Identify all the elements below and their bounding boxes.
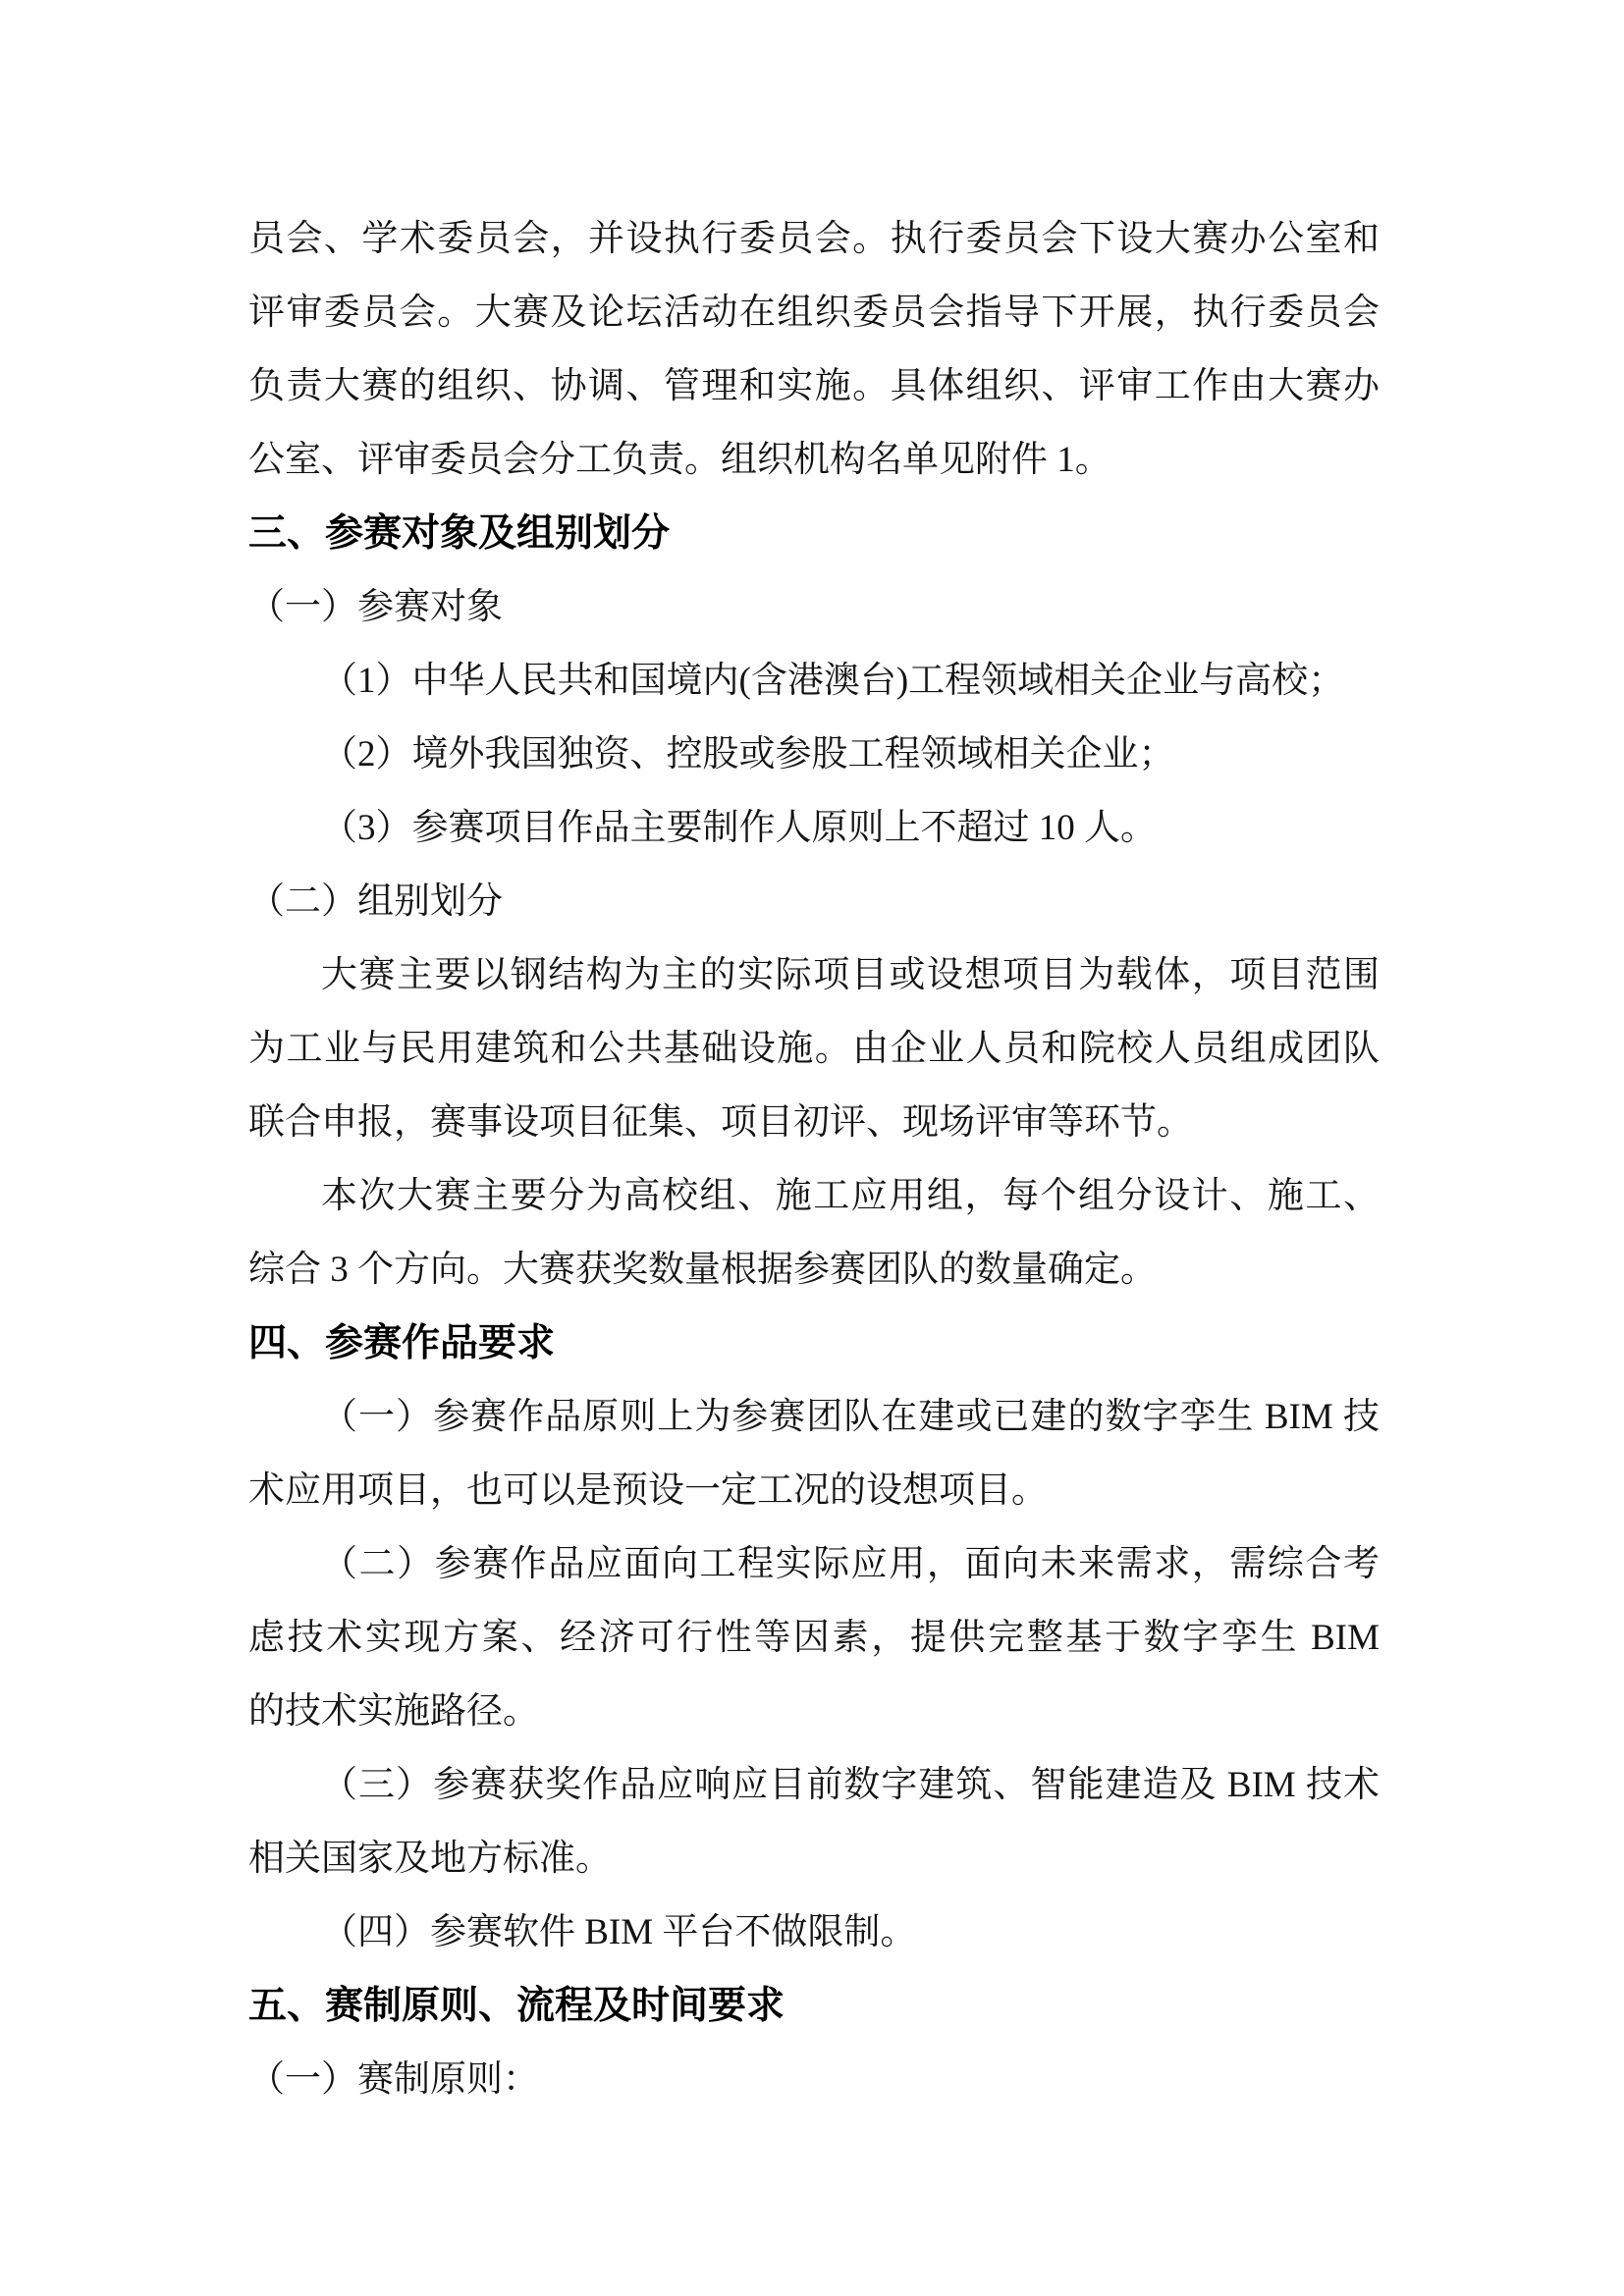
document-line: 术应用项目，也可以是预设一定工况的设想项目。 (248, 1454, 1380, 1527)
document-line: 相关国家及地方标准。 (248, 1822, 1380, 1896)
document-line: 员会、学术委员会，并设执行委员会。执行委员会下设大赛办公室和 (248, 202, 1380, 276)
subsection-label: （一）赛制原则： (248, 2043, 1380, 2116)
document-line: （四）参赛软件 BIM 平台不做限制。 (248, 1896, 1380, 1969)
document-line: （二）参赛作品应面向工程实际应用，面向未来需求，需综合考 (248, 1527, 1380, 1601)
document-line: 负责大赛的组织、协调、管理和实施。具体组织、评审工作由大赛办 (248, 349, 1380, 423)
list-item: （2）境外我国独资、控股或参股工程领域相关企业； (248, 718, 1380, 791)
document-line: 本次大赛主要分为高校组、施工应用组，每个组分设计、施工、 (248, 1159, 1380, 1233)
subsection-label: （二）组别划分 (248, 865, 1380, 938)
document-text-block: 员会、学术委员会，并设执行委员会。执行委员会下设大赛办公室和 评审委员会。大赛及… (248, 202, 1380, 2116)
document-line: 公室、评审委员会分工负责。组织机构名单见附件 1。 (248, 423, 1380, 497)
section-heading-5: 五、赛制原则、流程及时间要求 (248, 1969, 1380, 2043)
document-line: 大赛主要以钢结构为主的实际项目或设想项目为载体，项目范围 (248, 938, 1380, 1012)
document-page: 员会、学术委员会，并设执行委员会。执行委员会下设大赛办公室和 评审委员会。大赛及… (0, 0, 1624, 2296)
document-line: （一）参赛作品原则上为参赛团队在建或已建的数字孪生 BIM 技 (248, 1380, 1380, 1454)
section-heading-3: 三、参赛对象及组别划分 (248, 497, 1380, 570)
document-line: 虑技术实现方案、经济可行性等因素，提供完整基于数字孪生 BIM (248, 1601, 1380, 1675)
document-line: 综合 3 个方向。大赛获奖数量根据参赛团队的数量确定。 (248, 1233, 1380, 1307)
document-line: （三）参赛获奖作品应响应目前数字建筑、智能建造及 BIM 技术 (248, 1748, 1380, 1822)
list-item: （1）中华人民共和国境内(含港澳台)工程领域相关企业与高校； (248, 644, 1380, 718)
section-heading-4: 四、参赛作品要求 (248, 1307, 1380, 1380)
document-line: 评审委员会。大赛及论坛活动在组织委员会指导下开展，执行委员会 (248, 276, 1380, 349)
document-line: 联合申报，赛事设项目征集、项目初评、现场评审等环节。 (248, 1086, 1380, 1159)
document-line: 为工业与民用建筑和公共基础设施。由企业人员和院校人员组成团队 (248, 1012, 1380, 1086)
document-line: 的技术实施路径。 (248, 1675, 1380, 1748)
list-item: （3）参赛项目作品主要制作人原则上不超过 10 人。 (248, 791, 1380, 865)
subsection-label: （一）参赛对象 (248, 570, 1380, 644)
